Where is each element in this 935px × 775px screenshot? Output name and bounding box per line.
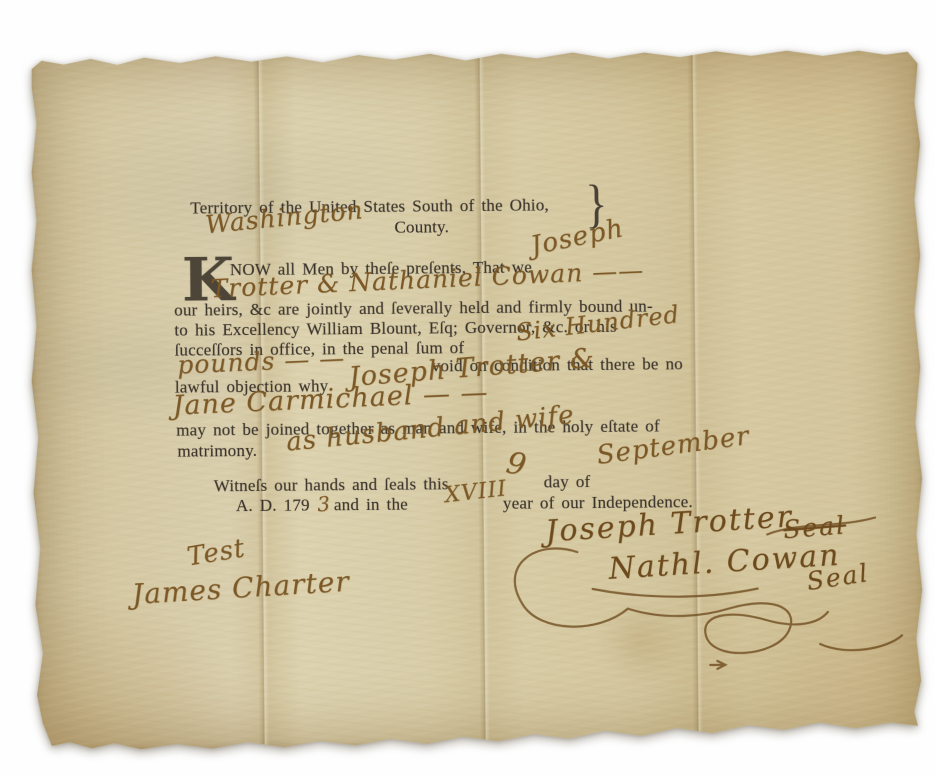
flourish-stroke xyxy=(628,603,828,654)
year-digit-handwriting: 3 xyxy=(316,493,331,514)
flourish-stroke xyxy=(820,635,902,650)
and-in-the-line: and in the xyxy=(334,495,408,515)
county-label: County. xyxy=(394,217,449,237)
attest-label-handwriting: Test xyxy=(185,535,247,570)
paper-sheet-wrap: Territory of the United States South of … xyxy=(28,46,927,751)
flourish-stroke xyxy=(593,588,758,598)
independence-year-handwriting: XVIII xyxy=(443,478,508,507)
paper-sheet: Territory of the United States South of … xyxy=(28,46,927,751)
pounds-handwriting: pounds — — xyxy=(177,345,346,377)
ad-line: A. D. 179 xyxy=(236,495,310,515)
principal-first-handwriting: Joseph xyxy=(529,215,626,259)
principal2-seal: Seal xyxy=(805,560,871,594)
day-handwriting: 9 xyxy=(504,448,530,481)
attest-witness-signature: James Charter xyxy=(131,568,350,609)
fold-crease-3 xyxy=(687,48,703,745)
witness-clause-line: Witneſs our hands and ſeals this xyxy=(214,474,449,496)
document-scan: Territory of the United States South of … xyxy=(0,0,935,775)
day-of-line: day of xyxy=(544,472,591,492)
matrimony-line: matrimony. xyxy=(177,441,257,461)
flourish-stroke xyxy=(710,661,725,669)
